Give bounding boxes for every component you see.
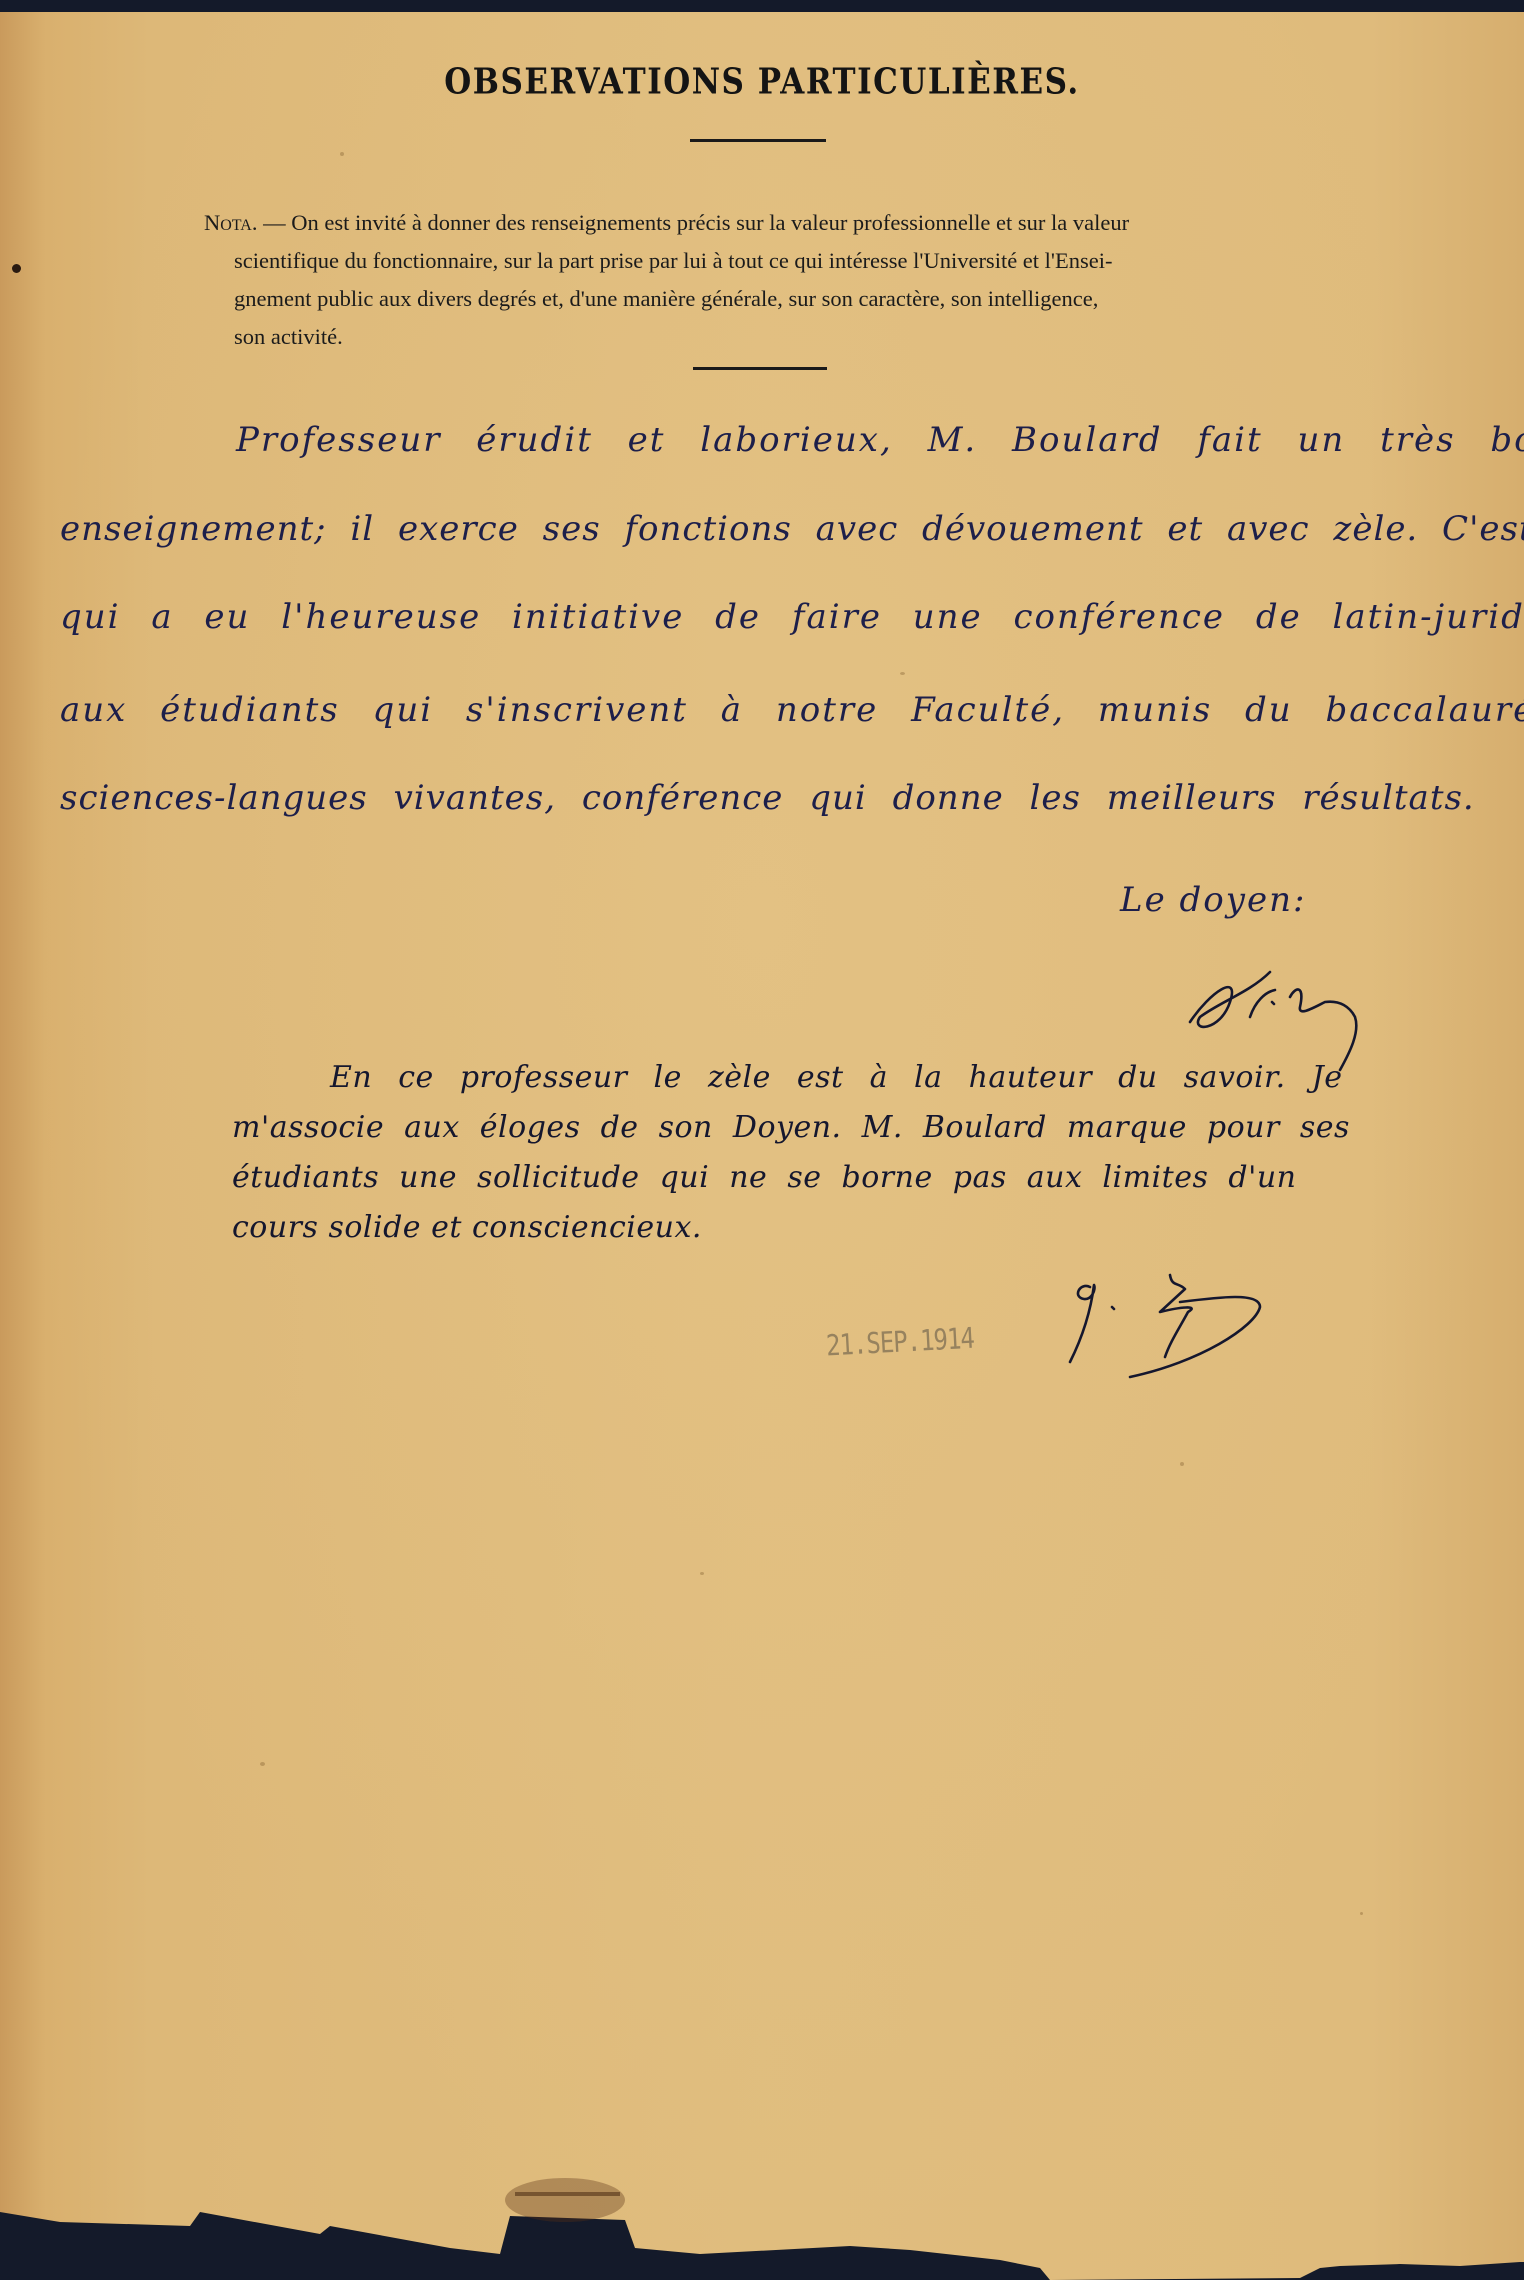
handwritten-line: cours solide et consciencieux. bbox=[232, 1210, 702, 1245]
date-stamp: 21.SEP.1914 bbox=[825, 1321, 975, 1362]
handwritten-line: sciences-langues vivantes, conférence qu… bbox=[60, 778, 1475, 818]
nota-divider bbox=[693, 367, 827, 370]
handwritten-line: m'associe aux éloges de son Doyen. M. Bo… bbox=[232, 1110, 1350, 1145]
paper-speck bbox=[340, 152, 344, 156]
paper-speck bbox=[1360, 1912, 1363, 1915]
document-page: OBSERVATIONS PARTICULIÈRES. Nota. — On e… bbox=[0, 12, 1524, 2280]
nota-line: son activité. bbox=[204, 318, 1316, 356]
handwritten-line: enseignement; il exerce ses fonctions av… bbox=[60, 509, 1524, 549]
nota-instructions: Nota. — On est invité à donner des rense… bbox=[204, 204, 1316, 356]
paper-speck bbox=[1180, 1462, 1184, 1466]
torn-bottom-edge bbox=[0, 2150, 1524, 2280]
nota-line: gnement public aux divers degrés et, d'u… bbox=[204, 280, 1316, 318]
handwritten-line: qui a eu l'heureuse initiative de faire … bbox=[60, 597, 1524, 637]
paper-speck bbox=[900, 672, 905, 675]
title-divider bbox=[690, 139, 826, 142]
nota-lead: Nota. bbox=[204, 210, 257, 235]
rector-signature: G. Z. bbox=[1060, 1267, 1290, 1392]
page-title: OBSERVATIONS PARTICULIÈRES. bbox=[0, 61, 1524, 102]
handwritten-line: Professeur érudit et laborieux, M. Boula… bbox=[236, 420, 1524, 460]
paper-speck bbox=[260, 1762, 265, 1766]
handwritten-line: En ce professeur le zèle est à la hauteu… bbox=[330, 1060, 1342, 1095]
signature-icon bbox=[1060, 1267, 1290, 1387]
handwritten-line: aux étudiants qui s'inscrivent à notre F… bbox=[60, 690, 1524, 730]
stain bbox=[505, 2178, 625, 2222]
paper-speck bbox=[700, 1572, 704, 1575]
nota-line: — On est invité à donner des renseigneme… bbox=[263, 210, 1129, 235]
handwritten-line: étudiants une sollicitude qui ne se born… bbox=[232, 1160, 1297, 1195]
nota-line: scientifique du fonctionnaire, sur la pa… bbox=[204, 242, 1316, 280]
signature-icon bbox=[1180, 962, 1400, 1072]
dean-closing: Le doyen: bbox=[1120, 880, 1306, 920]
ink-dot bbox=[12, 264, 21, 273]
